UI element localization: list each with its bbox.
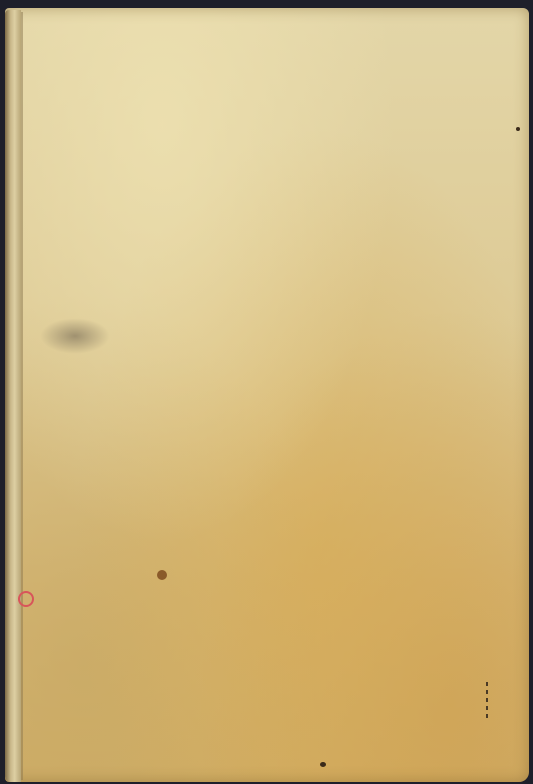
dark-spot-bottom	[320, 762, 326, 767]
red-mark	[18, 591, 34, 607]
book-spine	[5, 10, 21, 782]
spine-crease	[21, 12, 23, 780]
dark-spot-right	[516, 127, 520, 131]
dark-stain	[40, 318, 110, 354]
dashed-scratch	[486, 682, 488, 718]
book-cover	[5, 8, 529, 782]
brown-spot	[157, 570, 167, 580]
